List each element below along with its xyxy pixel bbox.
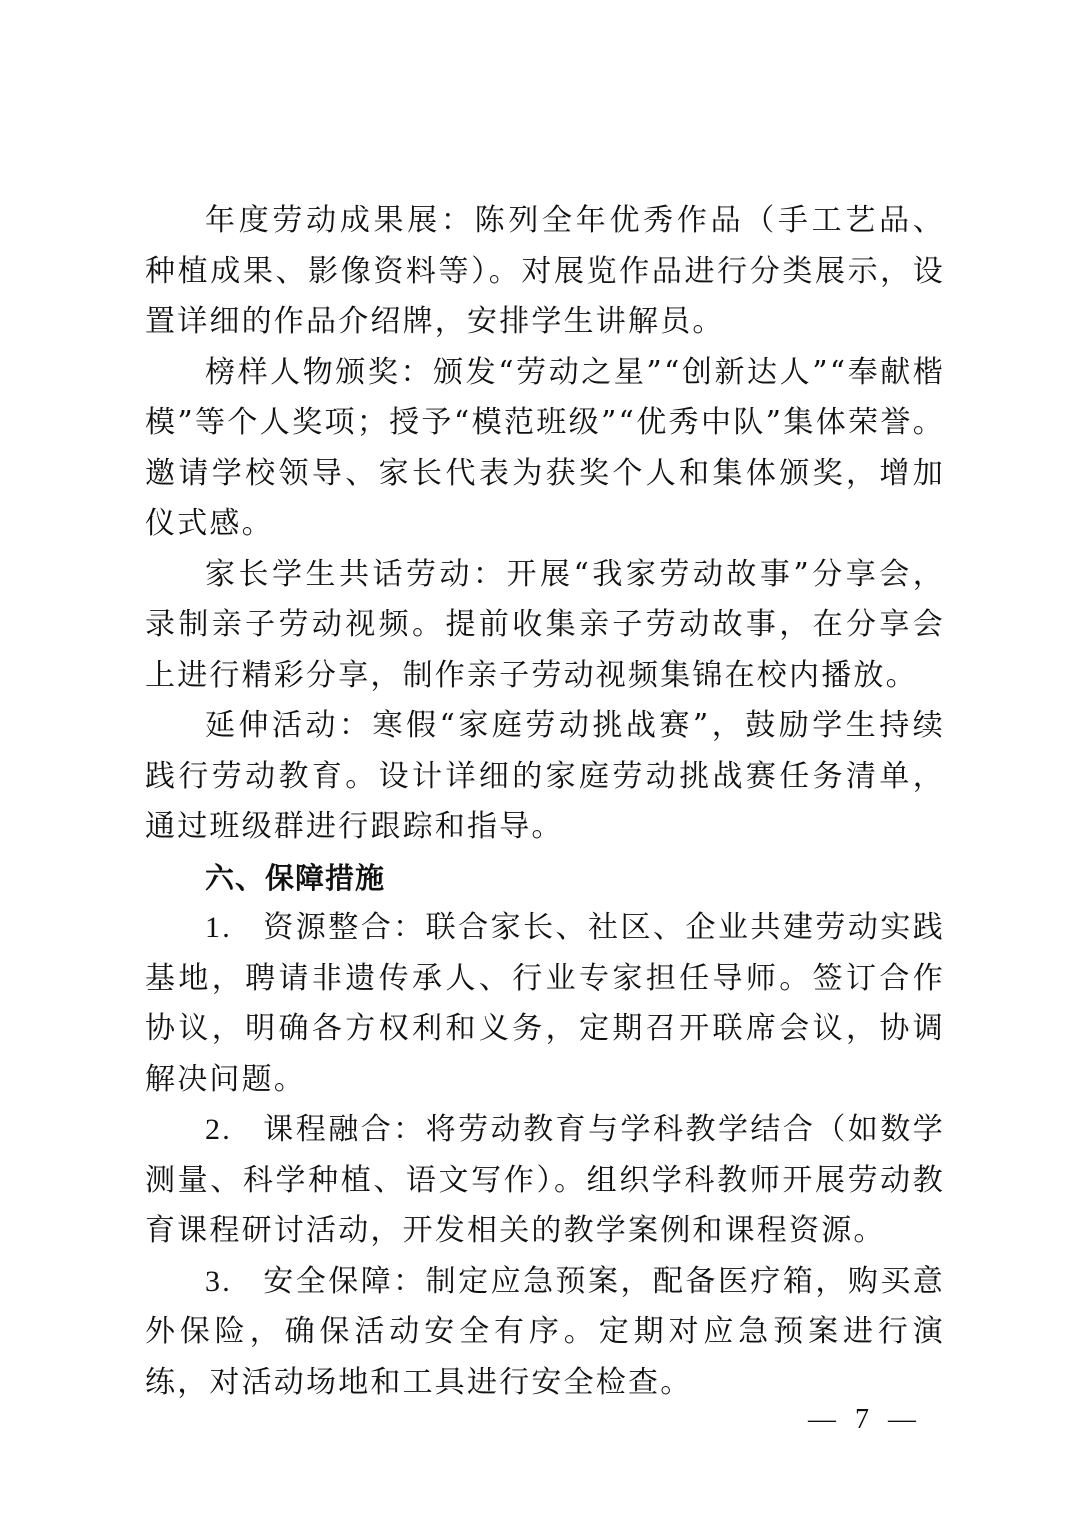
- measure-item-1: 1.资源整合：联合家长、社区、企业共建劳动实践基地，聘请非遗传承人、行业专家担任…: [145, 903, 945, 1105]
- paragraph-parent-student-sharing: 家长学生共话劳动：开展“我家劳动故事”分享会，录制亲子劳动视频。提前收集亲子劳动…: [145, 550, 945, 702]
- document-body: 年度劳动成果展：陈列全年优秀作品（手工艺品、种植成果、影像资料等）。对展览作品进…: [145, 196, 945, 1408]
- measure-text: 资源整合：联合家长、社区、企业共建劳动实践基地，聘请非遗传承人、行业专家担任导师…: [145, 910, 945, 1097]
- measure-text: 安全保障：制定应急预案，配备医疗箱，购买意外保险，确保活动安全有序。定期对应急预…: [145, 1264, 945, 1400]
- measure-number: 3.: [205, 1257, 263, 1308]
- measure-text: 课程融合：将劳动教育与学科教学结合（如数学测量、科学种植、语文写作）。组织学科教…: [145, 1112, 945, 1248]
- page-number: — 7 —: [800, 1404, 930, 1436]
- paragraph-annual-exhibition: 年度劳动成果展：陈列全年优秀作品（手工艺品、种植成果、影像资料等）。对展览作品进…: [145, 196, 945, 348]
- paragraph-role-model-awards: 榜样人物颁奖：颁发“劳动之星”“创新达人”“奉献楷模”等个人奖项；授予“模范班级…: [145, 348, 945, 550]
- measure-item-2: 2.课程融合：将劳动教育与学科教学结合（如数学测量、科学种植、语文写作）。组织学…: [145, 1105, 945, 1257]
- section-heading: 六、保障措施: [145, 853, 945, 904]
- measure-number: 2.: [205, 1105, 263, 1156]
- measure-item-3: 3.安全保障：制定应急预案，配备医疗箱，购买意外保险，确保活动安全有序。定期对应…: [145, 1257, 945, 1409]
- measure-number: 1.: [205, 903, 263, 954]
- paragraph-extension-activity: 延伸活动：寒假“家庭劳动挑战赛”，鼓励学生持续践行劳动教育。设计详细的家庭劳动挑…: [145, 701, 945, 853]
